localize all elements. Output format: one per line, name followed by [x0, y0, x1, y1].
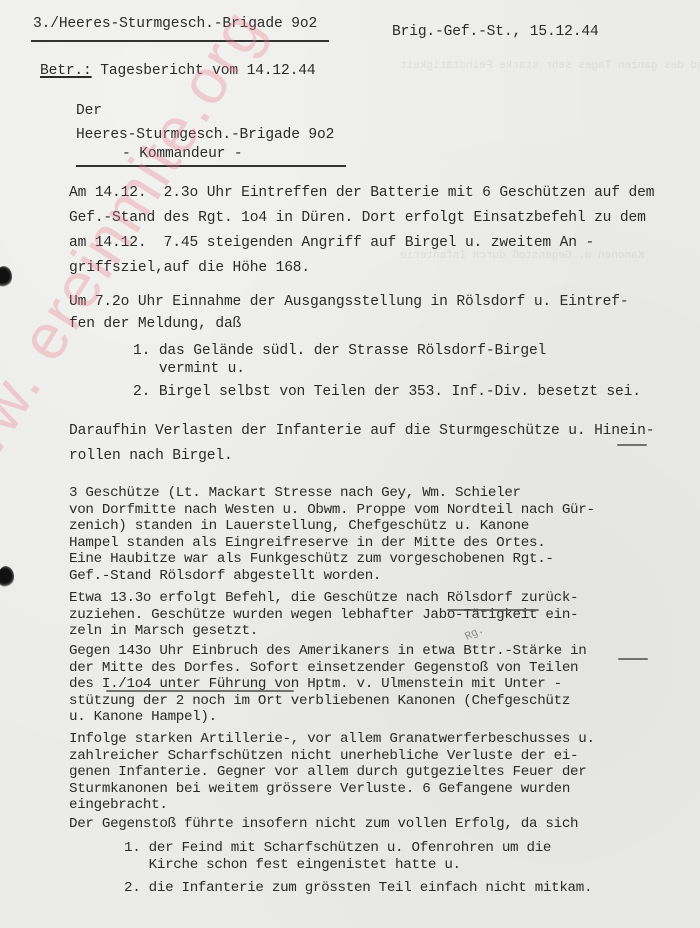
text-line: rollen nach Birgel.	[69, 448, 233, 464]
addressee-line-3: - Kommandeur -	[122, 146, 243, 162]
text-line: von Dorfmitte nach Westen u. Obwm. Propp…	[69, 502, 595, 518]
text-line: Eine Haubitze war als Funkgeschütz zum v…	[69, 551, 554, 567]
heading-rule	[31, 40, 329, 42]
text-line: Hampel standen als Eingreifreserve in de…	[69, 535, 545, 551]
text-line: Kirche schon fest eingenistet hatte u.	[124, 857, 461, 873]
text-line: 1. der Feind mit Scharfschützen u. Ofenr…	[124, 840, 551, 856]
text-line: Gef.-Stand Rölsdorf abgestellt worden.	[69, 568, 381, 584]
text-line: vermint u.	[133, 361, 245, 377]
addressee-line-1: Der	[76, 103, 102, 119]
text-line: zahlreicher Scharfschützen nicht unerheb…	[69, 748, 578, 764]
unit-heading: 3./Heeres-Sturmgesch.-Brigade 9o2	[33, 16, 317, 32]
text-line: Daraufhin Verlasten der Infanterie auf d…	[69, 423, 654, 439]
subject-line: Betr.: Tagesbericht vom 14.12.44	[40, 63, 315, 79]
pencil-underline	[618, 658, 648, 660]
text-line: stützung der 2 noch im Ort verbliebenen …	[69, 693, 570, 709]
text-line: 2. Birgel selbst von Teilen der 353. Inf…	[133, 384, 641, 400]
text-line: Gegen 143o Uhr Einbruch des Amerikaners …	[69, 643, 586, 659]
text-line: genen Infanterie. Gegner vor allem durch…	[69, 764, 586, 780]
text-line: Gef.-Stand des Rgt. 1o4 in Düren. Dort e…	[69, 210, 646, 226]
text-line: fen der Meldung, daß	[69, 316, 241, 332]
text-line: Der Gegenstoß führte insofern nicht zum …	[69, 816, 578, 832]
text-line: 1. das Gelände südl. der Strasse Rölsdor…	[133, 343, 546, 359]
text-line: Etwa 13.3o erfolgt Befehl, die Geschütze…	[69, 590, 578, 606]
place-date: Brig.-Gef.-St., 15.12.44	[392, 24, 599, 40]
text-line: griffsziel,auf die Höhe 168.	[69, 260, 310, 276]
text-line: der Mitte des Dorfes. Sofort einsetzende…	[69, 660, 578, 676]
bleed-through-text: Während des ganzen Tages sehr starke Fei…	[400, 60, 700, 72]
subject-label: Betr.:	[40, 63, 92, 79]
text-line: Sturmkanonen bei weitem grössere Verlust…	[69, 781, 570, 797]
addressee-rule	[76, 165, 346, 167]
text-line: zeln in Marsch gesetzt.	[69, 623, 258, 639]
text-line: am 14.12. 7.45 steigenden Angriff auf Bi…	[69, 235, 594, 251]
pencil-underline	[617, 444, 647, 446]
text-line: zenich) standen in Lauerstellung, Chefge…	[69, 518, 529, 534]
text-line: eingebracht.	[69, 797, 168, 813]
text-line: Am 14.12. 2.3o Uhr Eintreffen der Batter…	[69, 185, 654, 201]
bleed-through-text: Kanonen u. Gegenstoß durch Infanterie	[400, 250, 644, 262]
text-line: u. Kanone Hampel).	[69, 709, 217, 725]
text-line: 3 Geschütze (Lt. Mackart Stresse nach Ge…	[69, 485, 521, 501]
text-line: 2. die Infanterie zum grössten Teil einf…	[124, 880, 592, 896]
pencil-underline	[447, 609, 539, 611]
addressee-line-2: Heeres-Sturmgesch.-Brigade 9o2	[76, 127, 334, 143]
pencil-underline	[106, 690, 294, 692]
subject-text: Tagesbericht vom 14.12.44	[100, 63, 315, 79]
text-line: Infolge starken Artillerie-, vor allem G…	[69, 731, 595, 747]
text-line: Um 7.2o Uhr Einnahme der Ausgangsstellun…	[69, 294, 629, 310]
